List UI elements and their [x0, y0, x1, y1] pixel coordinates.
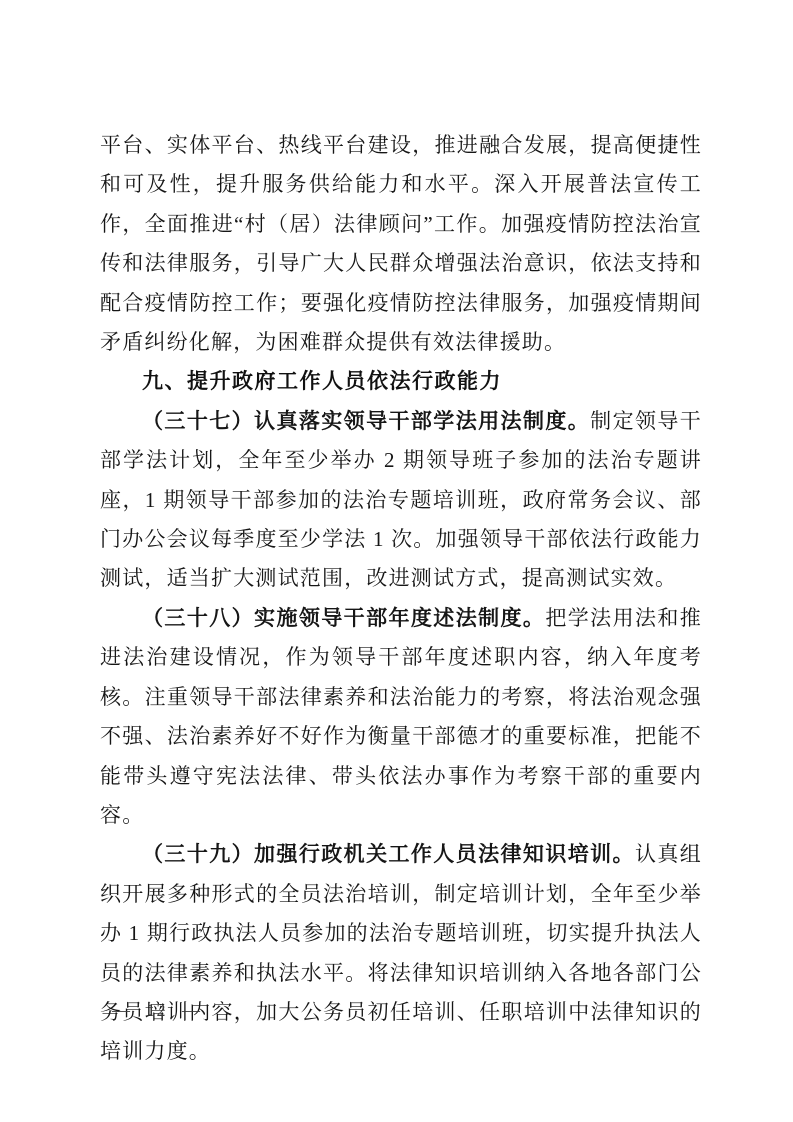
- page-content: 平台、实体平台、热线平台建设，推进融合发展，提高便捷性和可及性，提升服务供给能力…: [100, 126, 702, 1072]
- paragraph-item-39: （三十九）加强行政机关工作人员法律知识培训。认真组织开展多种形式的全员法治培训，…: [100, 835, 702, 1071]
- paragraph-item-38: （三十八）实施领导干部年度述法制度。把学法用法和推进法治建设情况，作为领导干部年…: [100, 599, 702, 835]
- paragraph-item-37: （三十七）认真落实领导干部学法用法制度。制定领导干部学法计划，全年至少举办 2 …: [100, 402, 702, 599]
- page-number: — 12 —: [112, 1000, 201, 1020]
- paragraph-continuation: 平台、实体平台、热线平台建设，推进融合发展，提高便捷性和可及性，提升服务供给能力…: [100, 126, 702, 362]
- item-37-lead: （三十七）认真落实领导干部学法用法制度。: [142, 409, 590, 433]
- document-page: 平台、实体平台、热线平台建设，推进融合发展，提高便捷性和可及性，提升服务供给能力…: [0, 0, 793, 1122]
- item-38-text: 把学法用法和推进法治建设情况，作为领导干部年度述职内容，纳入年度考核。注重领导干…: [100, 606, 702, 827]
- item-39-lead: （三十九）加强行政机关工作人员法律知识培训。: [142, 842, 635, 866]
- section-heading: 九、提升政府工作人员依法行政能力: [100, 362, 702, 401]
- item-39-text: 认真组织开展多种形式的全员法治培训，制定培训计划，全年至少举办 1 期行政执法人…: [100, 842, 702, 1063]
- item-38-lead: （三十八）实施领导干部年度述法制度。: [142, 606, 545, 630]
- page-footer: — 12 —: [112, 998, 201, 1022]
- item-37-text: 制定领导干部学法计划，全年至少举办 2 期领导班子参加的法治专题讲座，1 期领导…: [100, 409, 702, 591]
